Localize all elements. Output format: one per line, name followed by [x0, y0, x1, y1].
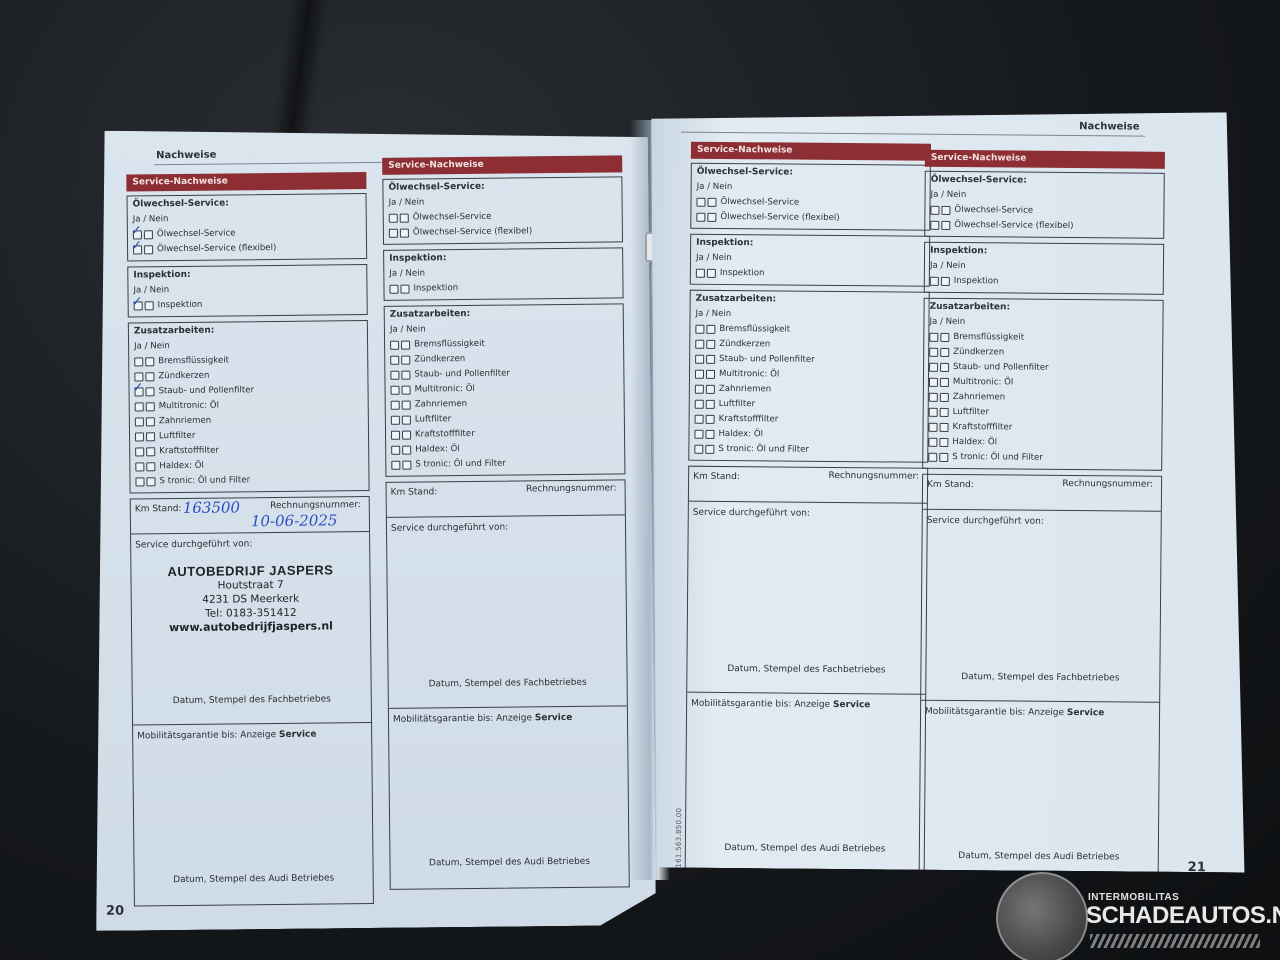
ja-checkbox[interactable]	[695, 385, 704, 394]
nein-checkbox[interactable]	[707, 213, 716, 222]
nein-checkbox[interactable]	[146, 477, 155, 486]
km-label: Km Stand:	[391, 487, 438, 497]
nein-checkbox[interactable]	[401, 341, 410, 350]
ja-checkbox[interactable]	[391, 386, 400, 395]
oil-service-title: Ölwechsel-Service:	[931, 175, 1159, 187]
dealer-footer: Datum, Stempel des Fachbetriebes	[921, 672, 1159, 684]
invoice-value[interactable]: 10-06-2025	[251, 511, 338, 530]
checklist-item: S tronic: Öl und Filter	[694, 442, 922, 459]
item-label: Kraftstofffilter	[415, 429, 475, 440]
item-label: Inspektion	[413, 283, 458, 293]
invoice-label: Rechnungsnummer:	[526, 483, 617, 494]
audi-footer: Datum, Stempel des Audi Betriebes	[135, 873, 373, 885]
mobility-section: Mobilitätsgarantie bis: Anzeige Service …	[389, 706, 629, 888]
part-number: 161.563.850.00	[675, 808, 684, 868]
mobility-bold: Service	[279, 730, 317, 740]
item-label: Bremsflüssigkeit	[414, 339, 485, 350]
dealer-section: Service durchgeführt von: Datum, Stempel…	[921, 510, 1161, 703]
nein-checkbox[interactable]	[941, 277, 950, 286]
oil-service-title: Ölwechsel-Service:	[697, 167, 925, 179]
nein-checkbox[interactable]	[941, 206, 950, 215]
nein-checkbox[interactable]	[706, 415, 715, 424]
dealer-footer: Datum, Stempel des Fachbetriebes	[133, 694, 371, 706]
ja-checkbox[interactable]	[696, 198, 705, 207]
nein-checkbox[interactable]	[401, 356, 410, 365]
nein-checkbox[interactable]	[940, 393, 949, 402]
inspection-box: Inspektion: Ja / Nein Inspektion	[127, 264, 368, 318]
item-label: Zündkerzen	[158, 371, 209, 382]
ja-checkbox[interactable]	[135, 402, 144, 411]
nein-checkbox[interactable]	[402, 431, 411, 440]
item-label: Kraftstofffilter	[719, 414, 779, 425]
item-label: Luftfilter	[953, 407, 989, 417]
ja-checkbox[interactable]	[391, 446, 400, 455]
item-label: Ölwechsel-Service	[720, 197, 799, 208]
checklist-item: Inspektion	[134, 296, 362, 313]
item-label: Zündkerzen	[719, 339, 770, 349]
item-label: Luftfilter	[415, 414, 451, 424]
ja-checkbox[interactable]	[929, 333, 938, 342]
ja-checkbox[interactable]	[930, 277, 939, 286]
ja-checkbox[interactable]	[391, 431, 400, 440]
item-label: Multitronic: Öl	[415, 384, 475, 395]
item-label: Haldex: Öl	[718, 429, 763, 439]
ja-checkbox[interactable]	[695, 340, 704, 349]
service-record: Km Stand: Rechnungsnummer: Service durch…	[685, 466, 929, 876]
seat-seam	[270, 0, 330, 140]
item-label: Zündkerzen	[414, 354, 465, 365]
invoice-label: Rechnungsnummer:	[270, 500, 361, 511]
oil-service-title: Ölwechsel-Service:	[133, 197, 361, 209]
service-column: Service-Nachweise Ölwechsel-Service: Ja …	[685, 142, 931, 876]
running-head: Nachweise	[156, 150, 216, 162]
ja-checkbox[interactable]	[391, 416, 400, 425]
item-label: Kraftstofffilter	[159, 446, 219, 457]
nein-checkbox[interactable]	[146, 417, 155, 426]
nein-checkbox[interactable]	[941, 221, 950, 230]
oil-service-box: Ölwechsel-Service: Ja / Nein Ölwechsel-S…	[924, 171, 1165, 239]
item-label: Staub- und Pollenfilter	[159, 385, 255, 396]
invoice-label: Rechnungsnummer:	[1062, 479, 1153, 490]
checklist-item: Inspektion	[389, 279, 617, 296]
additional-work-box: Zusatzarbeiten: Ja / Nein Bremsflüssigke…	[384, 303, 626, 477]
dealer-section: Service durchgeführt von: AUTOBEDRIJF JA…	[131, 532, 371, 725]
km-label: Km Stand:	[135, 504, 182, 514]
checklist-item: Ölwechsel-Service (flexibel)	[133, 240, 361, 257]
nein-checkbox[interactable]	[705, 445, 714, 454]
mobility-label-wrap: Mobilitätsgarantie bis: Anzeige Service	[691, 699, 870, 711]
mobility-label: Mobilitätsgarantie bis: Anzeige	[393, 713, 532, 724]
item-label: S tronic: Öl und Filter	[415, 459, 506, 470]
oil-service-box: Ölwechsel-Service: Ja / Nein Ölwechsel-S…	[382, 176, 623, 245]
ja-checkbox[interactable]	[134, 357, 143, 366]
ja-checkbox[interactable]	[928, 438, 937, 447]
checklist-item: S tronic: Öl und Filter	[928, 450, 1156, 467]
checklist-item: S tronic: Öl und Filter	[135, 472, 363, 489]
ja-checkbox[interactable]	[696, 269, 705, 278]
ja-checkbox[interactable]	[930, 221, 939, 230]
dealer-footer: Datum, Stempel des Fachbetriebes	[389, 677, 627, 689]
nein-checkbox[interactable]	[706, 370, 715, 379]
oil-service-title: Ölwechsel-Service:	[388, 180, 616, 192]
right-page: Nachweise Service-Nachweise Ölwechsel-Se…	[645, 107, 1264, 872]
mobility-label: Mobilitätsgarantie bis: Anzeige	[137, 730, 276, 741]
mobility-label: Mobilitätsgarantie bis: Anzeige	[691, 699, 830, 710]
nein-checkbox[interactable]	[940, 408, 949, 417]
ja-checkbox[interactable]	[928, 453, 937, 462]
ja-checkbox[interactable]	[929, 408, 938, 417]
checklist-item: Ölwechsel-Service (flexibel)	[696, 210, 924, 227]
additional-work-box: Zusatzarbeiten: Ja / Nein Bremsflüssigke…	[128, 320, 370, 494]
inspection-title: Inspektion:	[930, 246, 1158, 258]
running-head: Nachweise	[1079, 121, 1139, 133]
item-label: Haldex: Öl	[415, 444, 460, 454]
km-value[interactable]: 163500	[183, 498, 240, 517]
nein-checkbox[interactable]	[401, 371, 410, 380]
item-label: Zündkerzen	[953, 347, 1004, 357]
globe-icon	[996, 872, 1088, 960]
nein-checkbox[interactable]	[145, 372, 154, 381]
nein-checkbox[interactable]	[706, 400, 715, 409]
dealer-footer: Datum, Stempel des Fachbetriebes	[687, 664, 925, 676]
nein-checkbox[interactable]	[705, 430, 714, 439]
nein-checkbox[interactable]	[940, 378, 949, 387]
nein-checkbox[interactable]	[940, 333, 949, 342]
ja-checkbox[interactable]	[135, 387, 144, 396]
item-label: Ölwechsel-Service	[157, 228, 236, 239]
km-invoice-row: Km Stand: Rechnungsnummer:	[689, 467, 927, 504]
ja-checkbox[interactable]	[389, 214, 398, 223]
ja-checkbox[interactable]	[390, 371, 399, 380]
ja-checkbox[interactable]	[695, 325, 704, 334]
additional-work-title: Zusatzarbeiten:	[134, 324, 362, 336]
checklist-item: Ölwechsel-Service (flexibel)	[930, 218, 1158, 235]
checklist-item: Inspektion	[930, 274, 1158, 291]
item-label: Haldex: Öl	[952, 437, 997, 447]
ja-checkbox[interactable]	[134, 301, 143, 310]
item-label: Zahnriemen	[953, 392, 1005, 402]
audi-footer: Datum, Stempel des Audi Betriebes	[390, 856, 628, 868]
item-label: Haldex: Öl	[159, 461, 204, 471]
item-label: Ölwechsel-Service	[954, 205, 1033, 216]
watermark: INTERMOBILITAS SCHADEAUTOS.NL	[996, 868, 1280, 960]
mobility-section: Mobilitätsgarantie bis: Anzeige Service …	[686, 693, 926, 875]
nein-checkbox[interactable]	[402, 401, 411, 410]
oil-service-box: Ölwechsel-Service: Ja / Nein Ölwechsel-S…	[127, 193, 368, 262]
item-label: Bremsflüssigkeit	[953, 332, 1024, 343]
item-label: Inspektion	[158, 300, 203, 310]
km-invoice-row: Km Stand: Rechnungsnummer:	[923, 475, 1161, 512]
nein-checkbox[interactable]	[402, 386, 411, 395]
mobility-label-wrap: Mobilitätsgarantie bis: Anzeige Service	[925, 707, 1104, 719]
nein-checkbox[interactable]	[146, 387, 155, 396]
ja-checkbox[interactable]	[391, 461, 400, 470]
mobility-bold: Service	[833, 700, 871, 710]
ja-checkbox[interactable]	[389, 285, 398, 294]
nein-checkbox[interactable]	[146, 402, 155, 411]
item-label: Luftfilter	[719, 399, 755, 409]
ja-checkbox[interactable]	[695, 370, 704, 379]
nein-checkbox[interactable]	[400, 214, 409, 223]
ja-checkbox[interactable]	[696, 213, 705, 222]
item-label: Zahnriemen	[159, 416, 211, 427]
km-invoice-row: Km Stand: Rechnungsnummer:	[387, 480, 625, 517]
ja-checkbox[interactable]	[694, 445, 703, 454]
service-by-label: Service durchgeführt von:	[927, 516, 1044, 527]
inspection-title: Inspektion:	[389, 251, 617, 263]
section-header: Service-Nachweise	[925, 150, 1165, 169]
oil-service-box: Ölwechsel-Service: Ja / Nein Ölwechsel-S…	[690, 163, 931, 231]
nein-checkbox[interactable]	[707, 198, 716, 207]
nein-checkbox[interactable]	[146, 447, 155, 456]
item-label: Bremsflüssigkeit	[719, 324, 790, 335]
ja-checkbox[interactable]	[390, 356, 399, 365]
ja-checkbox[interactable]	[135, 432, 144, 441]
ja-checkbox[interactable]	[929, 393, 938, 402]
item-label: S tronic: Öl und Filter	[952, 452, 1043, 463]
item-label: Ölwechsel-Service (flexibel)	[720, 212, 839, 223]
service-record: Km Stand: 163500 Rechnungsnummer: 10-06-…	[130, 496, 374, 906]
service-record: Km Stand: Rechnungsnummer: Service durch…	[919, 474, 1163, 884]
item-label: Inspektion	[720, 268, 765, 278]
inspection-box: Inspektion: Ja / Nein Inspektion	[690, 234, 930, 287]
additional-work-title: Zusatzarbeiten:	[696, 294, 924, 306]
nein-checkbox[interactable]	[145, 357, 154, 366]
ja-checkbox[interactable]	[135, 417, 144, 426]
ja-checkbox[interactable]	[391, 401, 400, 410]
page-number: 20	[106, 904, 124, 919]
additional-work-box: Zusatzarbeiten: Ja / Nein Bremsflüssigke…	[688, 290, 929, 463]
nein-checkbox[interactable]	[146, 432, 155, 441]
service-record: Km Stand: Rechnungsnummer: Service durch…	[386, 479, 630, 889]
watermark-hatch	[1090, 934, 1260, 948]
service-column: Service-Nachweise Ölwechsel-Service: Ja …	[382, 155, 630, 889]
nein-checkbox[interactable]	[939, 453, 948, 462]
item-label: Ölwechsel-Service (flexibel)	[413, 226, 532, 237]
item-label: Zahnriemen	[719, 384, 771, 394]
ja-checkbox[interactable]	[135, 462, 144, 471]
running-rule	[681, 132, 1145, 137]
inspection-title: Inspektion:	[133, 268, 361, 280]
ja-checkbox[interactable]	[695, 415, 704, 424]
invoice-label: Rechnungsnummer:	[828, 471, 919, 482]
additional-work-box: Zusatzarbeiten: Ja / Nein Bremsflüssigke…	[922, 298, 1163, 471]
item-label: Ölwechsel-Service (flexibel)	[954, 220, 1073, 231]
nein-checkbox[interactable]	[144, 245, 153, 254]
item-label: Zahnriemen	[415, 399, 467, 410]
watermark-title: SCHADEAUTOS.NL	[1086, 902, 1280, 930]
nein-checkbox[interactable]	[707, 269, 716, 278]
ja-checkbox[interactable]	[929, 423, 938, 432]
nein-checkbox[interactable]	[402, 461, 411, 470]
nein-checkbox[interactable]	[706, 355, 715, 364]
nein-checkbox[interactable]	[400, 285, 409, 294]
ja-checkbox[interactable]	[929, 348, 938, 357]
mobility-label: Mobilitätsgarantie bis: Anzeige	[925, 707, 1064, 718]
item-label: Kraftstofffilter	[953, 422, 1013, 433]
inspection-box: Inspektion: Ja / Nein Inspektion	[383, 247, 624, 301]
item-label: Luftfilter	[159, 431, 195, 441]
stamp-website: www.autobedrijfjaspers.nl	[132, 619, 370, 634]
service-column: Service-Nachweise Ölwechsel-Service: Ja …	[919, 150, 1165, 884]
mobility-section: Mobilitätsgarantie bis: Anzeige Service …	[920, 701, 1160, 883]
ja-checkbox[interactable]	[694, 430, 703, 439]
item-label: Bremsflüssigkeit	[158, 355, 229, 366]
additional-work-title: Zusatzarbeiten:	[390, 307, 618, 319]
service-column: Service-Nachweise Ölwechsel-Service: Ja …	[126, 172, 374, 906]
nein-checkbox[interactable]	[145, 301, 154, 310]
item-label: Multitronic: Öl	[719, 369, 779, 380]
item-label: Multitronic: Öl	[159, 401, 219, 412]
nein-checkbox[interactable]	[939, 438, 948, 447]
ja-checkbox[interactable]	[390, 341, 399, 350]
nein-checkbox[interactable]	[146, 462, 155, 471]
mobility-bold: Service	[1067, 708, 1105, 718]
km-label: Km Stand:	[927, 480, 974, 490]
ja-checkbox[interactable]	[929, 363, 938, 372]
service-by-label: Service durchgeführt von:	[135, 539, 252, 550]
nein-checkbox[interactable]	[144, 230, 153, 239]
left-page: Nachweise Service-Nachweise Ölwechsel-Se…	[88, 125, 656, 931]
section-header: Service-Nachweise	[126, 172, 366, 192]
checklist-item: Ölwechsel-Service (flexibel)	[389, 223, 617, 240]
additional-work-title: Zusatzarbeiten:	[930, 302, 1158, 314]
nein-checkbox[interactable]	[940, 363, 949, 372]
checklist-item: S tronic: Öl und Filter	[391, 455, 619, 472]
nein-checkbox[interactable]	[402, 446, 411, 455]
mobility-section: Mobilitätsgarantie bis: Anzeige Service …	[133, 723, 373, 905]
item-label: Staub- und Pollenfilter	[719, 354, 815, 365]
section-header: Service-Nachweise	[382, 155, 622, 175]
item-label: Multitronic: Öl	[953, 377, 1013, 388]
service-by-label: Service durchgeführt von:	[693, 508, 810, 519]
service-by-label: Service durchgeführt von:	[391, 523, 508, 534]
dealer-section: Service durchgeführt von: Datum, Stempel…	[387, 515, 627, 708]
inspection-box: Inspektion: Ja / Nein Inspektion	[924, 242, 1164, 295]
mobility-label-wrap: Mobilitätsgarantie bis: Anzeige Service	[393, 713, 572, 725]
nein-checkbox[interactable]	[706, 385, 715, 394]
ja-checkbox[interactable]	[695, 400, 704, 409]
ja-checkbox[interactable]	[695, 355, 704, 364]
dealer-stamp: AUTOBEDRIJF JASPERS Houtstraat 7 4231 DS…	[131, 562, 370, 634]
ja-checkbox[interactable]	[929, 378, 938, 387]
dealer-section: Service durchgeführt von: Datum, Stempel…	[687, 502, 927, 695]
ja-checkbox[interactable]	[135, 447, 144, 456]
audi-footer: Datum, Stempel des Audi Betriebes	[920, 851, 1158, 863]
nein-checkbox[interactable]	[940, 348, 949, 357]
item-label: Inspektion	[954, 276, 999, 286]
audi-footer: Datum, Stempel des Audi Betriebes	[686, 843, 924, 855]
nein-checkbox[interactable]	[706, 340, 715, 349]
checklist-item: Inspektion	[696, 266, 924, 283]
item-label: Ölwechsel-Service	[413, 212, 492, 223]
nein-checkbox[interactable]	[402, 416, 411, 425]
ja-checkbox[interactable]	[389, 229, 398, 238]
nein-checkbox[interactable]	[940, 423, 949, 432]
nein-checkbox[interactable]	[400, 229, 409, 238]
mobility-label-wrap: Mobilitätsgarantie bis: Anzeige Service	[137, 730, 316, 742]
ja-checkbox[interactable]	[930, 206, 939, 215]
inspection-title: Inspektion:	[696, 238, 924, 250]
ja-checkbox[interactable]	[133, 245, 142, 254]
mobility-bold: Service	[535, 713, 573, 723]
nein-checkbox[interactable]	[706, 325, 715, 334]
item-label: S tronic: Öl und Filter	[159, 475, 250, 486]
ja-checkbox[interactable]	[135, 477, 144, 486]
km-label: Km Stand:	[693, 472, 740, 482]
km-invoice-row: Km Stand: 163500 Rechnungsnummer: 10-06-…	[131, 497, 369, 534]
item-label: S tronic: Öl und Filter	[718, 444, 809, 455]
section-header: Service-Nachweise	[691, 142, 931, 161]
item-label: Staub- und Pollenfilter	[953, 362, 1049, 373]
item-label: Staub- und Pollenfilter	[414, 369, 510, 380]
item-label: Ölwechsel-Service (flexibel)	[157, 243, 276, 254]
